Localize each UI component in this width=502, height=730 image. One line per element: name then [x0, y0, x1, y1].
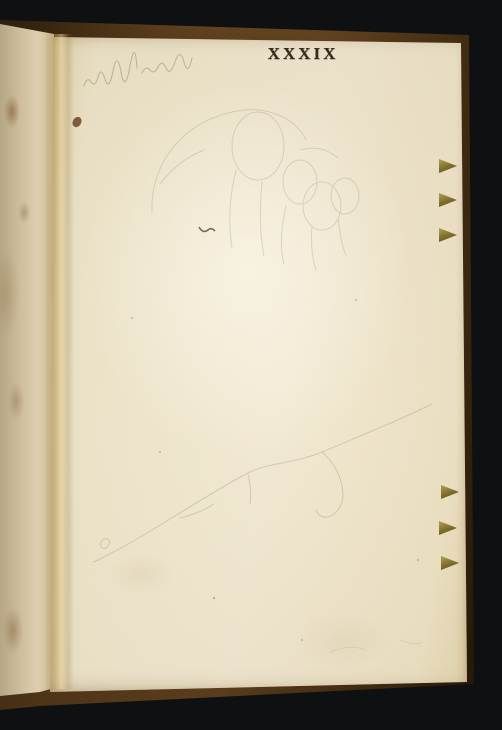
- gutter-shadow: [46, 34, 74, 689]
- sketchbook-page: [50, 33, 468, 693]
- photograph-stage: XXXIX: [0, 0, 502, 730]
- folio-number-stamp: XXXIX: [265, 44, 341, 64]
